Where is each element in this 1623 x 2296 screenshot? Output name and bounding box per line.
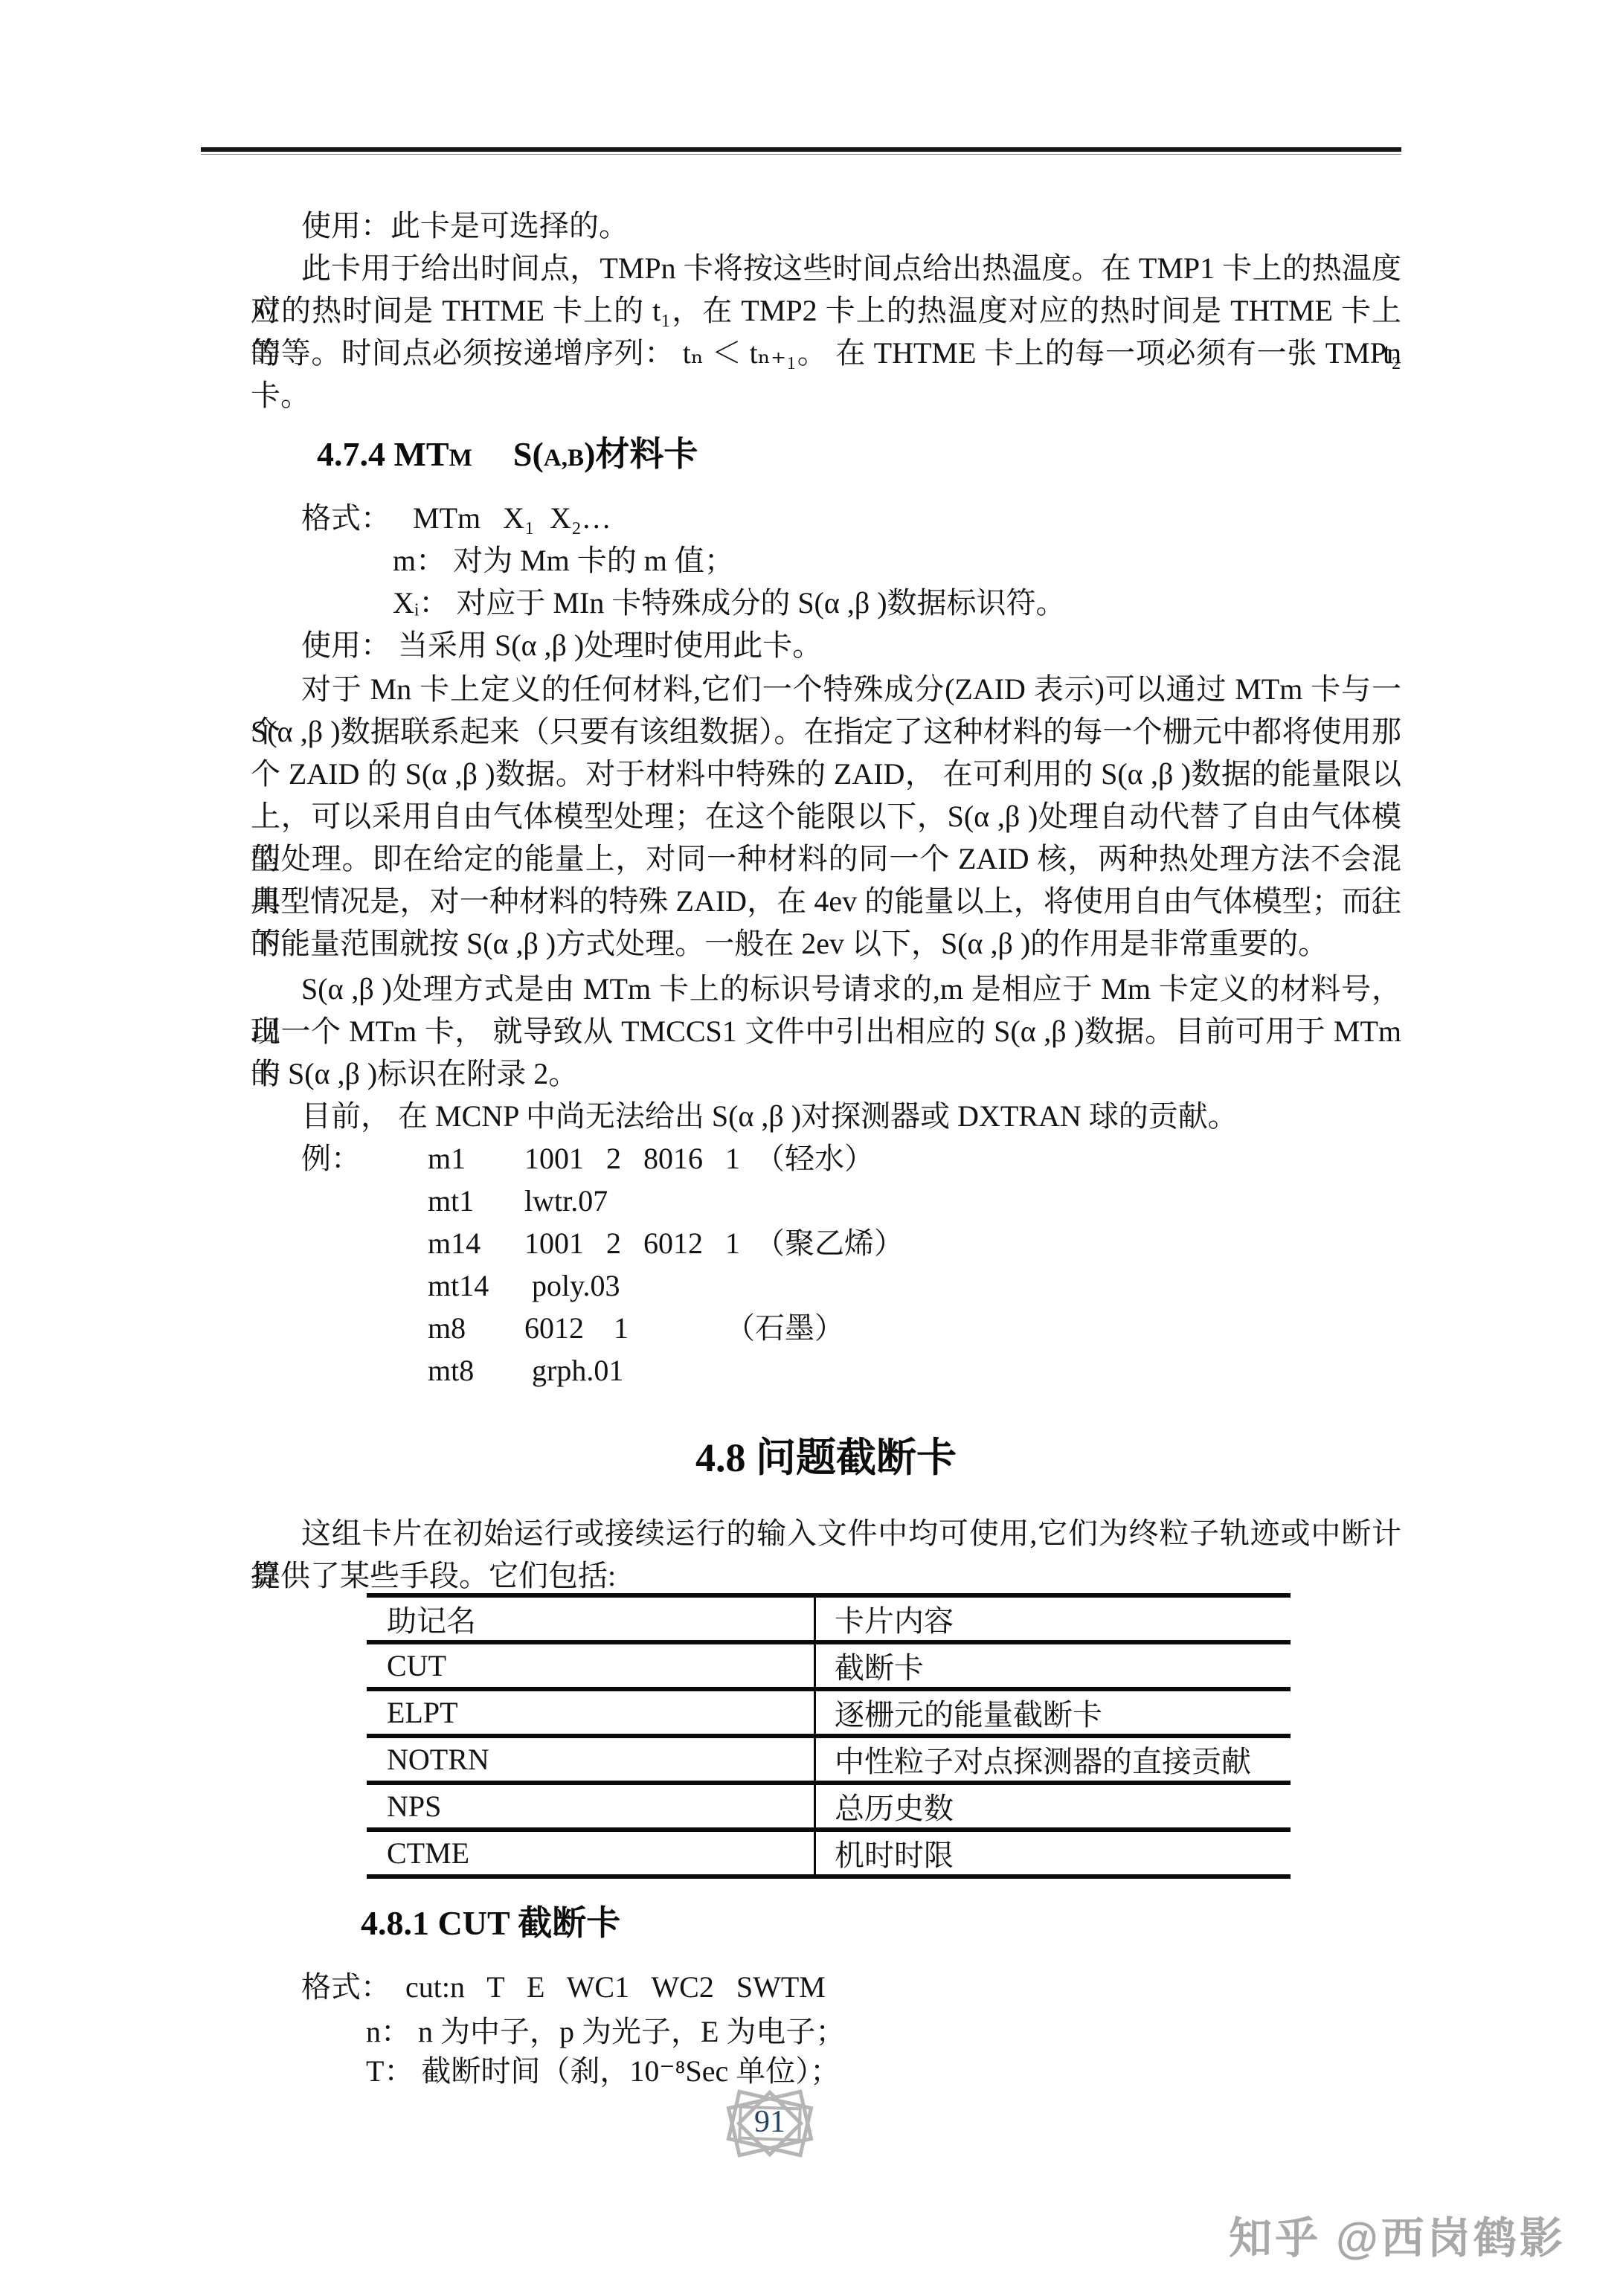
heading-smallcap: A,B (544, 444, 584, 472)
table-row: NOTRN 中性粒子对点探测器的直接贡献 (367, 1738, 1291, 1785)
example-row: m86012 1 （石墨） (301, 1307, 844, 1349)
table-cell: NOTRN (367, 1738, 816, 1781)
example-row: mt8 grph.01 (301, 1349, 623, 1392)
heading-text: )材料卡 (584, 435, 698, 473)
table-cell: 机时时限 (816, 1832, 1291, 1874)
format-line: Xᵢ： 对应于 MIn 卡特殊成分的 S(α ,β )数据标识符。 (393, 582, 1066, 624)
example-row: mt14 poly.03 (301, 1264, 620, 1307)
heading-text: 4.7.4 MT (317, 435, 449, 473)
paragraph-line: 等等。时间点必须按递增序列： tₙ ＜ tₙ₊₁。 在 THTME 卡上的每一项… (251, 332, 1401, 374)
section-heading-474: 4.7.4 MTMS(A,B)材料卡 (317, 434, 698, 479)
example-name: mt8 (428, 1349, 524, 1392)
table-row: ELPT 逐栅元的能量截断卡 (367, 1691, 1291, 1738)
table-cell: CTME (367, 1832, 816, 1874)
watermark: 知乎 @西岗鹤影 (1229, 2203, 1566, 2266)
example-args: 1001 2 6012 1 （聚乙烯） (524, 1226, 904, 1260)
format-line: 格式： cut:n T E WC1 WC2 SWTM (301, 1966, 826, 2008)
format-line: 格式： MTm X₁ X₂… (301, 497, 611, 539)
table-row: CUT 截断卡 (367, 1644, 1291, 1691)
table-cell: NPS (367, 1785, 816, 1827)
paragraph-line: 卡。 (251, 374, 310, 417)
paragraph-line: 的能量范围就按 S(α ,β )方式处理。一般在 2ev 以下，S(α ,β )… (251, 922, 1328, 965)
example-name: m14 (428, 1222, 524, 1264)
format-line: 使用： 当采用 S(α ,β )处理时使用此卡。 (301, 624, 822, 666)
format-line: m： 对为 Mm 卡的 m 值； (393, 539, 734, 582)
heading-smallcap: M (449, 444, 472, 472)
paragraph-line: 的 S(α ,β )标识在附录 2。 (251, 1052, 578, 1095)
table-cell: 截断卡 (816, 1644, 1291, 1687)
format-line: n： n 为中子，p 为光子，E 为电子； (366, 2010, 845, 2053)
paragraph-line: 提供了某些手段。它们包括: (251, 1554, 616, 1597)
example-row: mt1lwtr.07 (301, 1180, 608, 1222)
example-args: poly.03 (524, 1269, 620, 1302)
example-name: m1 (428, 1137, 524, 1180)
page-number: 91 (754, 2104, 785, 2140)
page-number-ornament: 91 (725, 2085, 814, 2162)
paragraph-line: 使用：此卡是可选择的。 (251, 205, 629, 247)
table-row: CTME 机时时限 (367, 1832, 1291, 1879)
example-row: 例：m11001 2 8016 1 （轻水） (301, 1137, 874, 1180)
example-name: m8 (428, 1307, 524, 1349)
example-name: mt14 (428, 1264, 524, 1307)
table-cell: 逐栅元的能量截断卡 (816, 1691, 1291, 1734)
table-cell: 中性粒子对点探测器的直接贡献 (816, 1738, 1291, 1781)
example-args: 1001 2 8016 1 （轻水） (524, 1142, 874, 1175)
example-row: m141001 2 6012 1 （聚乙烯） (301, 1222, 904, 1264)
table-cell: 总历史数 (816, 1785, 1291, 1827)
paragraph-line: S(α ,β )数据联系起来（只要有该组数据）。在指定了这种材料的每一个栅元中都… (251, 710, 1401, 753)
manual-page: 使用：此卡是可选择的。 此卡用于给出时间点，TMPn 卡将按这些时间点给出热温度… (0, 0, 1623, 2296)
example-args: grph.01 (524, 1354, 623, 1387)
example-args: 6012 1 （石墨） (524, 1311, 844, 1345)
table-header-cell: 卡片内容 (816, 1598, 1291, 1640)
example-label: 例： (301, 1137, 428, 1180)
table-cell: CUT (367, 1644, 816, 1687)
example-args: lwtr.07 (524, 1184, 608, 1218)
table-row: NPS 总历史数 (367, 1785, 1291, 1832)
header-rule (201, 147, 1401, 155)
paragraph-line: 个 ZAID 的 S(α ,β )数据。对于材料中特殊的 ZAID， 在可利用的… (251, 753, 1401, 795)
heading-text: S( (513, 435, 544, 473)
paragraph-line: 目前， 在 MCNP 中尚无法给出 S(α ,β )对探测器或 DXTRAN 球… (251, 1095, 1238, 1137)
example-name: mt1 (428, 1180, 524, 1222)
section-heading-48: 4.8 问题截断卡 (251, 1435, 1401, 1480)
table-header-row: 助记名 卡片内容 (367, 1598, 1291, 1644)
table-header-cell: 助记名 (367, 1598, 816, 1640)
section-heading-481: 4.8.1 CUT 截断卡 (361, 1903, 620, 1944)
table-cell: ELPT (367, 1691, 816, 1734)
truncation-card-table: 助记名 卡片内容 CUT 截断卡 ELPT 逐栅元的能量截断卡 NOTRN 中性… (367, 1593, 1291, 1879)
